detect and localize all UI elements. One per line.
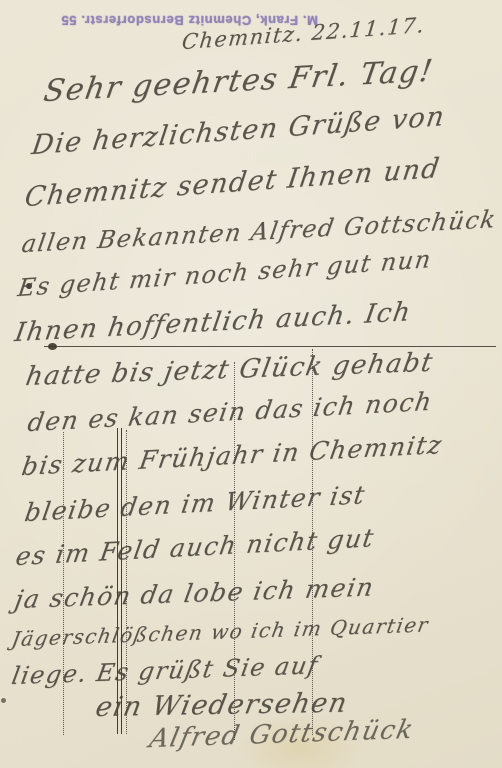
body-line: es im Feld auch nicht gut [14,523,377,571]
postcard-scan: M. Frank, Chemnitz Bernsdorferstr. 55 Ch… [0,0,502,768]
body-line: Jägerschlößchen wo ich im Quartier [10,612,431,651]
body-line: bis zum Frühjahr in Chemnitz [20,430,445,481]
body-line: Ihnen hoffentlich auch. Ich [13,297,414,348]
horizontal-rule-line [44,346,496,347]
body-line: Chemnitz sendet Ihnen und [23,153,443,213]
edge-mark [1,698,6,703]
body-line: hatte bis jetzt Glück gehabt [23,348,436,392]
body-line: den es kan sein das ich noch [26,387,435,437]
body-line: liege. Es grüßt Sie auf [10,651,321,690]
salutation: Sehr geehrtes Frl. Tag! [41,53,436,109]
body-line: ja schön da lobe ich mein [12,572,376,614]
body-line: Die herzlichsten Grüße von [30,101,448,161]
body-line: bleibe den im Winter ist [23,480,368,527]
